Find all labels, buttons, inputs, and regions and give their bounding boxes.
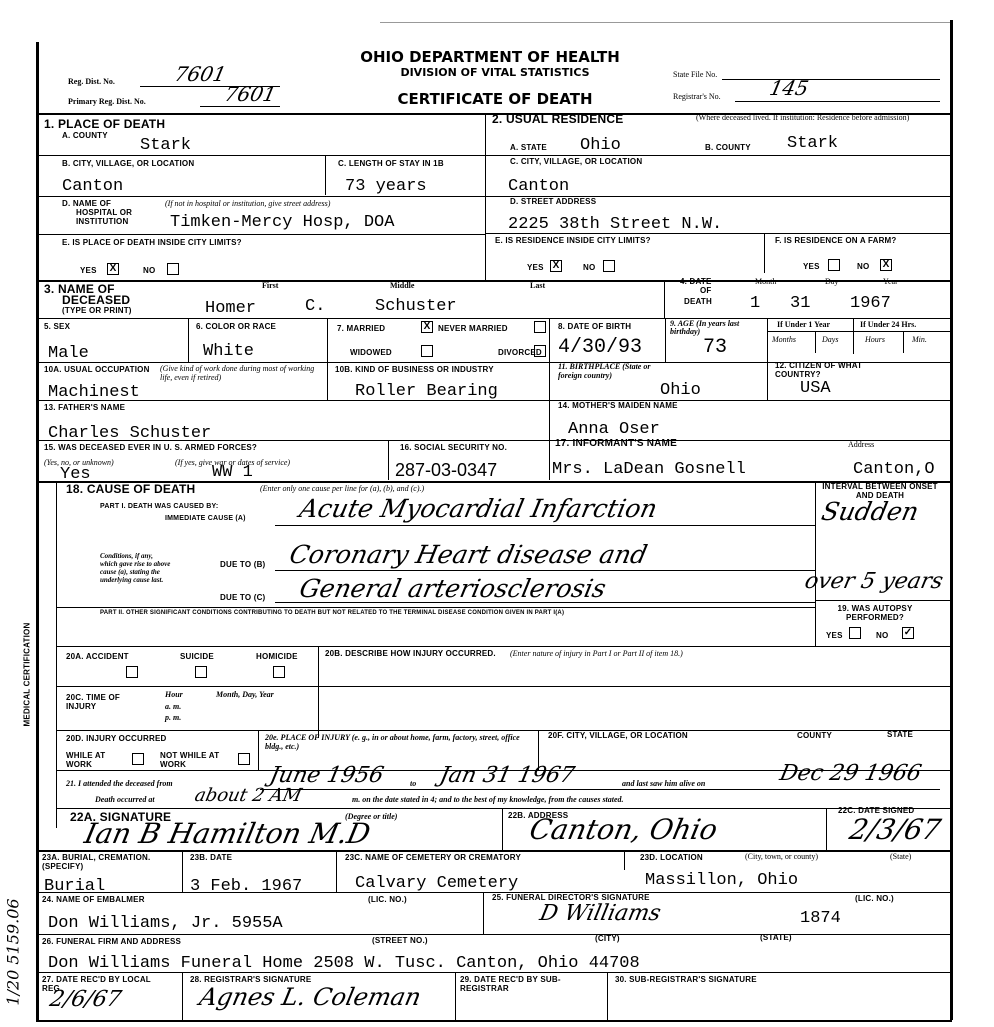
col-line — [182, 972, 183, 1020]
married-checkbox[interactable]: X — [421, 321, 433, 333]
attended-line — [260, 789, 940, 790]
city-sub-label: (CITY) — [595, 934, 620, 943]
father-label: 13. FATHER'S NAME — [44, 403, 125, 412]
attended-to: Jan 31 1967 — [437, 764, 576, 788]
col-line — [815, 481, 816, 646]
to-label: to — [410, 779, 416, 788]
director-lic: 1874 — [800, 910, 841, 928]
side-column-line — [56, 483, 57, 828]
age: 73 — [703, 339, 727, 357]
days-label: Days — [822, 335, 838, 344]
no-label: NO — [876, 631, 888, 640]
no-label: NO — [143, 266, 155, 275]
street-label: d. STREET ADDRESS — [510, 197, 596, 206]
describe-note: (Enter nature of injury in Part I or Par… — [510, 649, 683, 658]
cause-line-a — [275, 525, 815, 526]
certificate-title: CERTIFICATE OF DEATH — [360, 90, 630, 108]
farm-yes-checkbox[interactable] — [828, 259, 840, 271]
death-at-note: m. on the date stated in 4; and to the b… — [352, 795, 624, 804]
mdy-label: Month, Day, Year — [216, 690, 274, 699]
row-line — [485, 233, 950, 234]
col-line — [182, 850, 183, 892]
occupation-note: (Give kind of work done during most of w… — [160, 364, 325, 382]
row-line — [36, 400, 950, 401]
ssn: 287-03-0347 — [395, 461, 497, 479]
homicide-checkbox[interactable] — [273, 666, 285, 678]
res-city-label: c. CITY, VILLAGE, OR LOCATION — [510, 157, 642, 166]
month-label: Month — [755, 277, 776, 286]
col-line — [483, 892, 484, 934]
col-line — [327, 362, 328, 400]
birthplace-label: 11. BIRTHPLACE (State or foreign country… — [558, 362, 673, 380]
autopsy-label: 19. WAS AUTOPSY PERFORMED? — [820, 604, 930, 622]
col-line — [388, 440, 389, 480]
usual-residence-heading: 2. USUAL RESIDENCE — [492, 113, 623, 125]
divorced-checkbox[interactable] — [534, 345, 546, 357]
residence-county: Stark — [787, 135, 838, 153]
hours-label: Hours — [865, 335, 885, 344]
state-note: (State) — [890, 852, 911, 861]
name-label: DECEASED — [62, 294, 130, 306]
time-of-injury-label: 20c. TIME OF INJURY — [66, 693, 126, 711]
hospital-name: Timken-Mercy Hosp, DOA — [170, 214, 394, 232]
col-line — [767, 318, 768, 362]
suicide-checkbox[interactable] — [195, 666, 207, 678]
part1-label: PART I. DEATH WAS CAUSED BY: — [100, 502, 218, 511]
registrar-signature: Agnes L. Coleman — [197, 985, 423, 1009]
row-line — [36, 934, 950, 935]
ssn-label: 16. SOCIAL SECURITY NO. — [400, 443, 507, 452]
yes-label: YES — [803, 262, 820, 271]
widowed-checkbox[interactable] — [421, 345, 433, 357]
sub-registrar-signature-label: 30. SUB-REGISTRAR'S SIGNATURE — [615, 975, 757, 984]
col-line — [336, 850, 337, 892]
suicide-label: SUICIDE — [180, 652, 214, 661]
yes-label: YES — [80, 266, 97, 275]
death-city: Canton — [62, 178, 123, 196]
autopsy-yes-checkbox[interactable] — [849, 627, 861, 639]
primary-reg-line — [200, 106, 280, 107]
col-line — [318, 646, 319, 738]
physician-address: Canton, Ohio — [527, 818, 719, 842]
death-at-label: Death occurred at — [95, 795, 155, 804]
col-line — [258, 730, 259, 770]
top-edge — [380, 22, 950, 23]
residence-state: Ohio — [580, 137, 621, 155]
age-label: 9. AGE (In years last birthday) — [670, 320, 765, 336]
col-line — [903, 331, 904, 353]
col-line — [325, 155, 326, 195]
not-while-at-work-checkbox[interactable] — [238, 753, 250, 765]
dob: 4/30/93 — [558, 339, 642, 357]
col-line — [815, 331, 816, 353]
no-label: NO — [857, 262, 869, 271]
row-line — [36, 196, 485, 197]
location-note: (City, town, or county) — [745, 852, 818, 861]
length-of-stay: 73 years — [345, 178, 427, 196]
director-lic-label: (LIC. NO.) — [855, 894, 894, 903]
months-label: Months — [772, 335, 796, 344]
local-reg-date: 2/6/67 — [47, 988, 123, 1012]
director-signature: D Williams — [537, 902, 662, 926]
day-label: Day — [825, 277, 838, 286]
registrar-value: 145 — [767, 76, 810, 100]
last-label: Last — [530, 281, 545, 290]
min-label: Min. — [912, 335, 927, 344]
cause-b: Coronary Heart disease and — [287, 543, 649, 567]
middle-label: Middle — [390, 281, 414, 290]
col-line — [624, 850, 625, 870]
homicide-label: HOMICIDE — [256, 652, 298, 661]
res-inside-city-yes-checkbox[interactable]: X — [550, 260, 562, 272]
inside-city-label: e. IS PLACE OF DEATH INSIDE CITY LIMITS? — [62, 238, 242, 247]
row-line — [36, 440, 950, 441]
dod-day: 31 — [790, 295, 810, 313]
attended-label: 21. I attended the deceased from — [66, 779, 173, 788]
cemetery-label: 23c. NAME OF CEMETERY OR CREMATORY — [345, 853, 521, 862]
year-label: Year — [883, 277, 898, 286]
death-inside-city-yes-checkbox[interactable]: X — [107, 263, 119, 275]
place-of-death-heading: 1. PLACE OF DEATH — [44, 118, 165, 130]
not-while-at-work-label: NOT WHILE AT WORK — [160, 751, 230, 769]
part2-line — [56, 607, 816, 608]
residence-street: 2225 38th Street N.W. — [508, 216, 722, 234]
due-c-label: DUE TO (c) — [220, 593, 265, 602]
res-inside-city-no-checkbox[interactable] — [603, 260, 615, 272]
accident-checkbox[interactable] — [126, 666, 138, 678]
cause-c: General arteriosclerosis — [297, 577, 608, 601]
burial-type: Burial — [44, 878, 105, 896]
sub-line — [767, 331, 950, 332]
under-day-label: If Under 24 Hrs. — [860, 320, 916, 329]
primary-reg-dist-value: 7601 — [222, 82, 278, 106]
injury-city-label: 20f. CITY, VILLAGE, OR LOCATION — [548, 731, 688, 740]
pm-label: p. m. — [165, 713, 181, 722]
accident-label: 20a. ACCIDENT — [66, 652, 129, 661]
injury-county-label: COUNTY — [797, 731, 832, 740]
informant-label: 17. INFORMANT'S NAME — [555, 439, 677, 448]
state-sub-label: (STATE) — [760, 933, 792, 942]
col-line — [853, 318, 854, 354]
autopsy-no-checkbox[interactable]: ✓ — [902, 627, 914, 639]
occupation-label: 10a. USUAL OCCUPATION — [44, 365, 150, 374]
row-line — [36, 280, 952, 282]
widowed-label: WIDOWED — [350, 348, 392, 357]
dob-label: 8. DATE OF BIRTH — [558, 322, 631, 331]
while-at-work-label: WHILE AT WORK — [66, 751, 116, 769]
immediate-label: IMMEDIATE CAUSE (a) — [165, 514, 246, 523]
citizen-label: 12. CITIZEN OF WHAT COUNTRY? — [775, 361, 905, 379]
informant-address: Canton,O — [853, 461, 935, 479]
physician-signature: Ian B Hamilton M.D — [82, 822, 372, 846]
bottom-border — [36, 1020, 952, 1022]
death-inside-city-no-checkbox[interactable] — [167, 263, 179, 275]
burial-location: Massillon, Ohio — [645, 872, 798, 890]
col-line — [327, 318, 328, 362]
embalmer: Don Williams, Jr. 5955A — [48, 915, 283, 933]
city-label: b. CITY, VILLAGE, OR LOCATION — [62, 159, 194, 168]
sub-registrar-date-label: 29. DATE REC'D BY SUB-REGISTRAR — [460, 975, 565, 993]
business: Roller Bearing — [355, 383, 498, 401]
date-signed: 2/3/67 — [847, 818, 942, 842]
location-label: 23d. LOCATION — [640, 853, 703, 862]
row-line — [36, 234, 485, 235]
dod-label: 4. DATE — [680, 277, 711, 286]
dod-label: DEATH — [684, 297, 712, 306]
informant-name: Mrs. LaDean Gosnell — [552, 461, 746, 479]
burial-type-label: 23a. BURIAL, CREMATION. (Specify) — [42, 853, 152, 871]
row-line — [36, 155, 485, 156]
race-label: 6. COLOR OR RACE — [196, 322, 276, 331]
embalmer-label: 24. NAME OF EMBALMER — [42, 895, 145, 904]
primary-reg-dist-label: Primary Reg. Dist. No. — [68, 97, 146, 106]
under-year-label: If Under 1 Year — [777, 320, 830, 329]
hospital-label: INSTITUTION — [76, 217, 128, 226]
describe-injury-label: 20b. DESCRIBE HOW INJURY OCCURRED. — [325, 649, 496, 658]
row-line — [56, 686, 950, 687]
margin-note: 1/20 5159.06 — [2, 898, 26, 1005]
col-line — [764, 233, 765, 273]
informant-address-label: Address — [848, 440, 874, 449]
col-line — [549, 362, 550, 480]
row-line — [815, 600, 950, 601]
dod-month: 1 — [750, 295, 760, 313]
lic-label: (LIC. NO.) — [368, 895, 407, 904]
death-county: Stark — [140, 137, 191, 155]
dod-year: 1967 — [850, 295, 891, 313]
medical-certification-label: MEDICAL CERTIFICATION — [22, 623, 31, 727]
first-label: First — [262, 281, 278, 290]
armed-forces-label: 15. WAS DECEASED EVER IN U. S. ARMED FOR… — [44, 443, 257, 452]
cause-heading: 18. CAUSE OF DEATH — [66, 483, 195, 495]
citizen: USA — [800, 380, 831, 398]
col-divider-1-2 — [485, 115, 486, 280]
col-line — [502, 808, 503, 850]
reg-dist-value: 7601 — [172, 62, 228, 86]
division-title: DIVISION OF VITAL STATISTICS — [360, 66, 630, 79]
row-line — [36, 318, 950, 319]
place-of-injury-label: 20e. PLACE OF INJURY (e. g., in or about… — [265, 733, 535, 751]
col-line — [188, 318, 189, 362]
yes-label: YES — [527, 263, 544, 272]
right-border — [950, 20, 953, 1020]
deceased-middle-name: C. — [305, 298, 325, 316]
name-label: (TYPE OR PRINT) — [62, 306, 132, 315]
am-label: a. m. — [165, 702, 181, 711]
deceased-last-name: Schuster — [375, 298, 457, 316]
farm-label: f. IS RESIDENCE ON A FARM? — [775, 236, 897, 245]
county-label: a. COUNTY — [62, 131, 108, 140]
race: White — [203, 343, 254, 361]
injury-occurred-label: 20d. INJURY OCCURRED — [66, 734, 166, 743]
res-inside-city-label: e. IS RESIDENCE INSIDE CITY LIMITS? — [495, 236, 651, 245]
col-line — [549, 318, 550, 362]
immediate-cause: Acute Myocardial Infarction — [297, 497, 659, 521]
residence-city: Canton — [508, 178, 569, 196]
burial-date-label: 23b. DATE — [190, 853, 232, 862]
firm-label: 26. FUNERAL FIRM AND ADDRESS — [42, 937, 181, 946]
hospital-label: HOSPITAL OR — [76, 208, 132, 217]
col-line — [664, 280, 665, 318]
left-border — [36, 42, 39, 1022]
hospital-label: d. NAME OF — [62, 199, 111, 208]
burial-date: 3 Feb. 1967 — [190, 878, 302, 896]
interval-a: Sudden — [819, 500, 920, 524]
col-line — [607, 972, 608, 1020]
state-label: a. STATE — [510, 143, 547, 152]
mother-name: Anna Oser — [568, 421, 660, 439]
no-label: NO — [583, 263, 595, 272]
while-at-work-checkbox[interactable] — [132, 753, 144, 765]
last-saw-label: and last saw him alive on — [622, 779, 705, 788]
residence-note: (Where deceased lived. If institution: R… — [696, 113, 944, 122]
farm-no-checkbox[interactable]: X — [880, 259, 892, 271]
hospital-note: (If not in hospital or institution, give… — [165, 199, 330, 208]
dod-label: OF — [700, 286, 712, 295]
hour-label: Hour — [165, 690, 183, 699]
birthplace: Ohio — [660, 382, 701, 400]
col-line — [665, 318, 666, 362]
part2-label: PART II. OTHER SIGNIFICANT CONDITIONS CO… — [100, 609, 564, 618]
registrar-label: Registrar's No. — [673, 92, 721, 101]
business-label: 10b. KIND OF BUSINESS OR INDUSTRY — [335, 365, 494, 374]
dept-title: OHIO DEPARTMENT OF HEALTH — [320, 48, 660, 66]
war-service: WW 1 — [212, 464, 253, 482]
injury-state-label: STATE — [887, 730, 913, 739]
row-line — [36, 972, 950, 973]
sex: Male — [48, 345, 89, 363]
yes-label: YES — [826, 631, 843, 640]
length-of-stay-label: c. LENGTH OF STAY IN 1b — [338, 159, 444, 168]
row-line — [56, 646, 950, 647]
street-no-label: (STREET NO.) — [372, 936, 428, 945]
last-saw: Dec 29 1966 — [777, 762, 923, 786]
col-line — [767, 362, 768, 400]
col-line — [455, 972, 456, 1020]
row-line — [56, 808, 950, 809]
married-label: 7. MARRIED — [337, 324, 385, 333]
never-married-checkbox[interactable] — [534, 321, 546, 333]
funeral-firm: Don Williams Funeral Home 2508 W. Tusc. … — [48, 955, 640, 973]
res-county-label: b. COUNTY — [705, 143, 751, 152]
state-file-label: State File No. — [673, 70, 717, 79]
deceased-first-name: Homer — [205, 300, 256, 318]
cause-line-b — [275, 570, 815, 571]
mother-label: 14. MOTHER'S MAIDEN NAME — [558, 401, 678, 410]
cause-line-c — [275, 602, 815, 603]
due-b-label: DUE TO (b) — [220, 560, 265, 569]
interval-c: over 5 years — [802, 570, 945, 594]
reg-dist-label: Reg. Dist. No. — [68, 77, 115, 86]
cemetery: Calvary Cemetery — [355, 875, 518, 893]
never-married-label: NEVER MARRIED — [438, 324, 508, 333]
state-file-line — [722, 79, 940, 80]
registrar-line — [735, 101, 940, 102]
death-at: about 2 AM — [192, 784, 303, 808]
conditions-note: Conditions, if any, which gave rise to a… — [100, 552, 172, 584]
cause-note: (Enter only one cause per line for (a), … — [260, 484, 424, 493]
col-line — [826, 808, 827, 850]
sex-label: 5. SEX — [44, 322, 70, 331]
row-line — [485, 155, 950, 156]
